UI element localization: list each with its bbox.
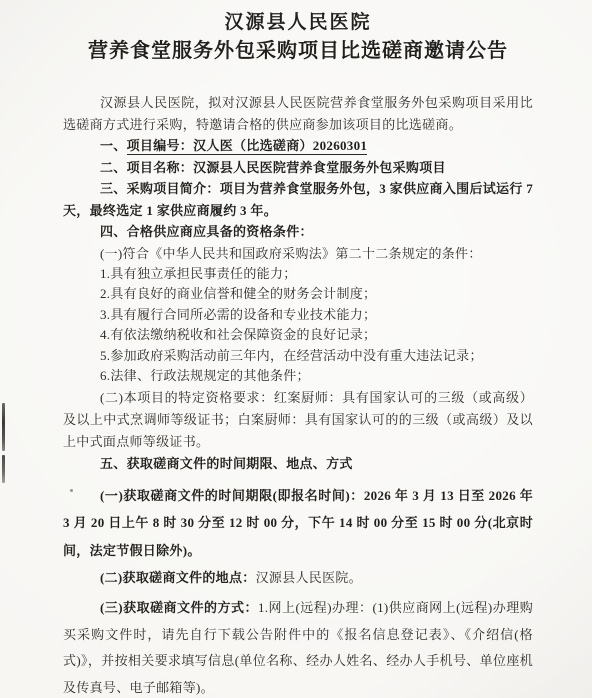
section5-sub2-label: (二)获取磋商文件的地点： <box>100 570 256 585</box>
document-title-line2: 营养食堂服务外包采购项目比选磋商邀请公告 <box>63 39 533 63</box>
condition-item-4: 4.有依法缴纳税收和社会保障资金的良好记录； <box>63 325 533 346</box>
section5-sub3-label: (三)获取磋商文件的方式： <box>100 600 258 615</box>
item-number-prefix: 一、 <box>100 138 127 153</box>
section5-sub3-method: (三)获取磋商文件的方式：1.网上(远程)办理：(1)供应商网上(远程)办理购买… <box>63 595 533 698</box>
scanned-document-page: 汉源县人民医院 营养食堂服务外包采购项目比选磋商邀请公告 汉源县人民医院，拟对汉… <box>0 0 592 698</box>
item-project-brief: 三、采购项目简介：项目为营养食堂服务外包，3 家供应商入围后试运行 7 天，最终… <box>63 178 533 221</box>
section4-sub1: (一)符合《中华人民共和国政府采购法》第二十二条规定的条件： <box>63 243 533 264</box>
project-number-underlined: 项目编号：汉人医（比选磋商）20260301 <box>127 138 368 155</box>
condition-item-5: 5.参加政府采购活动前三年内，在经营活动中没有重大违法记录； <box>63 346 533 367</box>
section5-heading: 五、获取磋商文件的时间期限、地点、方式 <box>63 453 533 475</box>
document-body: 汉源县人民医院 营养食堂服务外包采购项目比选磋商邀请公告 汉源县人民医院，拟对汉… <box>0 11 592 698</box>
item-project-number: 一、项目编号：汉人医（比选磋商）20260301 <box>63 135 533 157</box>
item-project-name: 二、项目名称：汉源县人民医院营养食堂服务外包采购项目 <box>63 157 533 179</box>
condition-item-6: 6.法律、行政法规规定的其他条件； <box>63 366 533 387</box>
section5-sub1-time-period: (一)获取磋商文件的时间期限(即报名时间)：2026 年 3 月 13 日至 2… <box>63 482 533 565</box>
section5-sub2-value: 汉源县人民医院。 <box>256 570 362 585</box>
condition-item-3: 3.具有履行合同所必需的设备和专业技术能力； <box>63 305 533 326</box>
intro-paragraph: 汉源县人民医院，拟对汉源县人民医院营养食堂服务外包采购项目采用比选磋商方式进行采… <box>63 92 533 135</box>
section4-heading: 四、合格供应商应具备的资格条件： <box>63 221 533 243</box>
section5-sub2-location: (二)获取磋商文件的地点：汉源县人民医院。 <box>63 564 533 592</box>
document-title-line1: 汉源县人民医院 <box>63 11 533 34</box>
section4-sub2-special-requirements: (二)本项目的特定资格要求：红案厨师：具有国家认可的三级（或高级）及以上中式烹调… <box>63 387 533 453</box>
condition-item-1: 1.具有独立承担民事责任的能力； <box>63 264 533 285</box>
condition-item-2: 2.具有良好的商业信誉和健全的财务会计制度； <box>63 284 533 305</box>
